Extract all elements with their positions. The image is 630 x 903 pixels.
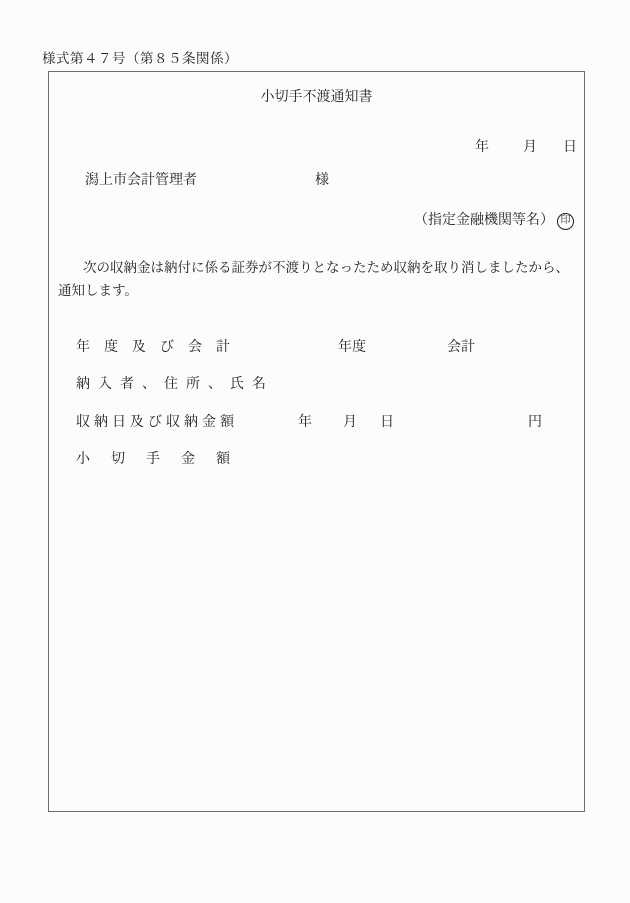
field-row-year-and-account: 年度及び会計 年度 会計: [49, 338, 584, 358]
field-label: 小切手金額: [76, 450, 251, 470]
field-row-payer-address-name: 納入者、住所、氏名: [49, 375, 584, 395]
institution-label: （指定金融機関等名）: [414, 211, 554, 231]
date-year-label: 年: [475, 138, 489, 158]
field-label: 収納日及び収納金額: [76, 413, 238, 433]
seal-mark-icon: 印: [557, 213, 574, 230]
document-page: 様式第４７号（第８５条関係） 小切手不渡通知書 年 月 日 潟上市会計管理者 様…: [0, 0, 630, 903]
field-unit-yen: 円: [528, 413, 542, 433]
document-title: 小切手不渡通知書: [49, 86, 584, 106]
body-line: 通知します。: [58, 279, 580, 302]
field-label: 納入者、住所、氏名: [76, 375, 274, 395]
body-paragraph: 次の収納金は納付に係る証券が不渡りとなったため収納を取り消しましたから、 通知し…: [58, 256, 580, 302]
field-unit-year: 年: [298, 413, 312, 433]
field-row-check-amount: 小切手金額: [49, 450, 584, 470]
addressee-row: 潟上市会計管理者 様: [49, 171, 584, 191]
institution-row: （指定金融機関等名） 印: [414, 211, 574, 231]
form-number: 様式第４７号（第８５条関係）: [42, 47, 238, 67]
field-row-receipt-date-amount: 収納日及び収納金額 年 月 日 円: [49, 413, 584, 433]
field-unit-nendo: 年度: [338, 338, 366, 358]
addressee-honorific: 様: [315, 171, 329, 191]
date-month-label: 月: [523, 138, 537, 158]
date-day-label: 日: [563, 138, 577, 158]
field-label: 年度及び会計: [76, 338, 244, 358]
date-line: 年 月 日: [49, 138, 584, 158]
field-unit-month: 月: [343, 413, 357, 433]
body-line: 次の収納金は納付に係る証券が不渡りとなったため収納を取り消しましたから、: [58, 256, 580, 279]
field-unit-day: 日: [380, 413, 394, 433]
field-unit-kaikei: 会計: [447, 338, 475, 358]
document-frame: 小切手不渡通知書 年 月 日 潟上市会計管理者 様 （指定金融機関等名） 印 次…: [48, 71, 585, 812]
addressee-name: 潟上市会計管理者: [85, 171, 197, 191]
